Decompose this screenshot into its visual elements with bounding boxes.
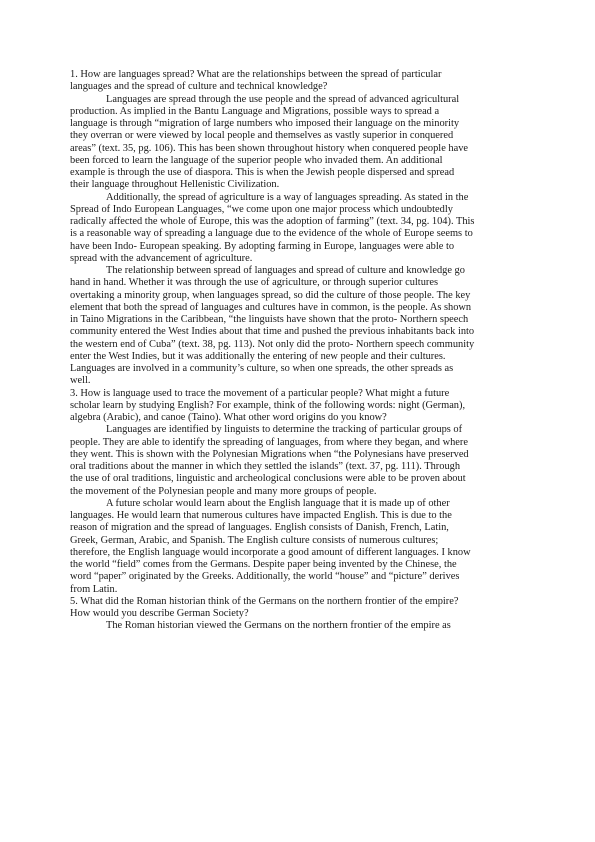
question-1-line-2: languages and the spread of culture and … xyxy=(70,81,530,93)
text-line: element that both the spread of language… xyxy=(70,302,530,314)
text-line: their language throughout Hellenistic Ci… xyxy=(70,179,530,191)
text-line: areas” (text. 35, pg. 106). This has bee… xyxy=(70,143,530,155)
text-line: in Taino Migrations in the Caribbean, “t… xyxy=(70,314,530,326)
text-line: radically affected the whole of Europe, … xyxy=(70,216,530,228)
question-3-line-2: scholar learn by studying English? For e… xyxy=(70,400,530,412)
text-line: overtaking a minority group, when langua… xyxy=(70,290,530,302)
question-3-line-3: algebra (Arabic), and canoe (Taino). Wha… xyxy=(70,412,530,424)
text-line: the western end of Cuba” (text. 38, pg. … xyxy=(70,339,530,351)
text-line: the movement of the Polynesian people an… xyxy=(70,486,530,498)
text-line: therefore, the English language would in… xyxy=(70,547,530,559)
text-line: the world “field” comes from the Germans… xyxy=(70,559,530,571)
text-line: community entered the West Indies about … xyxy=(70,326,530,338)
text-line: they overran or were viewed by local peo… xyxy=(70,130,530,142)
answer-1-paragraph-2-start: Additionally, the spread of agriculture … xyxy=(70,192,530,204)
text-line: been forced to learn the language of the… xyxy=(70,155,530,167)
text-line: language is through “migration of large … xyxy=(70,118,530,130)
text-line: hand in hand. Whether it was through the… xyxy=(70,277,530,289)
answer-1-paragraph-3-start: The relationship between spread of langu… xyxy=(70,265,530,277)
text-line: languages. He would learn that numerous … xyxy=(70,510,530,522)
question-5-line-1: 5. What did the Roman historian think of… xyxy=(70,596,530,608)
question-3-line-1: 3. How is language used to trace the mov… xyxy=(70,388,530,400)
text-line: from Latin. xyxy=(70,584,530,596)
text-line: is a reasonable way of spreading a langu… xyxy=(70,228,530,240)
text-line: word “paper” originated by the Greeks. A… xyxy=(70,571,530,583)
text-line: production. As implied in the Bantu Lang… xyxy=(70,106,530,118)
answer-1-paragraph-1-start: Languages are spread through the use peo… xyxy=(70,94,530,106)
text-line: have been Indo- European speaking. By ad… xyxy=(70,241,530,253)
text-line: enter the West Indies, but it was additi… xyxy=(70,351,530,363)
question-1-line-1: 1. How are languages spread? What are th… xyxy=(70,69,530,81)
question-5-line-2: How would you describe German Society? xyxy=(70,608,530,620)
text-line: reason of migration and the spread of la… xyxy=(70,522,530,534)
text-line: oral traditions about the manner in whic… xyxy=(70,461,530,473)
text-line: well. xyxy=(70,375,530,387)
text-line: spread with the advancement of agricultu… xyxy=(70,253,530,265)
text-line: the use of oral traditions, linguistic a… xyxy=(70,473,530,485)
text-line: example is through the use of diaspora. … xyxy=(70,167,530,179)
answer-5-paragraph-1-start: The Roman historian viewed the Germans o… xyxy=(70,620,530,632)
text-line: people. They are able to identify the sp… xyxy=(70,437,530,449)
text-line: Greek, German, Arabic, and Spanish. The … xyxy=(70,535,530,547)
answer-3-paragraph-1-start: Languages are identified by linguists to… xyxy=(70,424,530,436)
document-page: 1. How are languages spread? What are th… xyxy=(70,69,530,633)
text-line: Languages are involved in a community’s … xyxy=(70,363,530,375)
answer-3-paragraph-2-start: A future scholar would learn about the E… xyxy=(70,498,530,510)
text-line: Spread of Indo European Languages, “we c… xyxy=(70,204,530,216)
text-line: they went. This is shown with the Polyne… xyxy=(70,449,530,461)
